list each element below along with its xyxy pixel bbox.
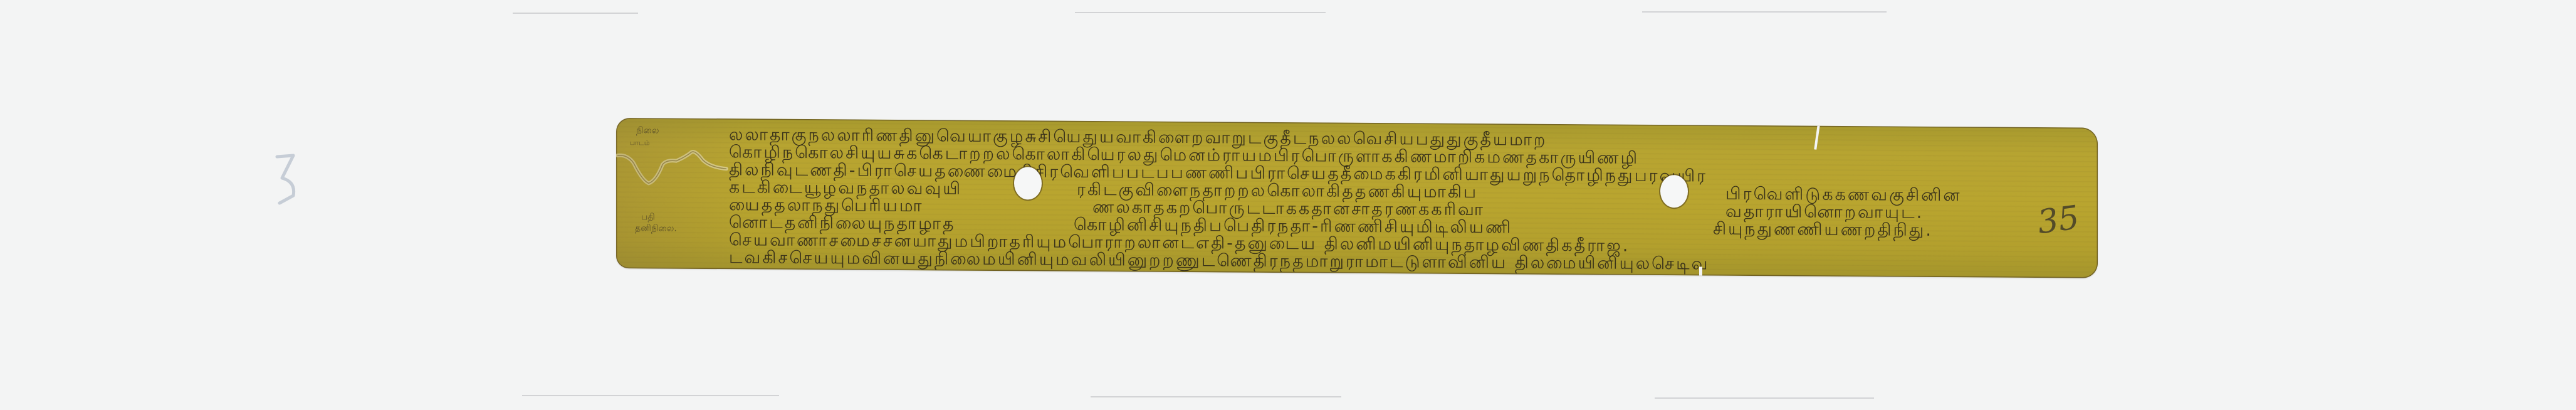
margin-note-bottom-left-2: தனிநிலை. — [635, 223, 677, 233]
ruler-mark-top — [1075, 12, 1326, 13]
string-hole-left — [1014, 167, 1042, 199]
manuscript-text-lines: லலாதாகுநலலாரிணதினுவெயாகுழசுசியெதுயவாகிளை… — [616, 118, 2098, 128]
pencil-page-number: 3 — [268, 145, 306, 208]
leaf-edge-nick — [1699, 266, 1702, 276]
margin-note-top-left-1: நிலை — [636, 125, 659, 135]
ruler-mark-top — [1642, 11, 1887, 13]
manuscript-line: சியுநதுணணியணறதிநிது. — [1713, 221, 1933, 239]
margin-note-bottom-left-1: பதி — [641, 212, 655, 222]
palm-leaf-manuscript: நிலை பாடம் பதி தனிநிலை. லலாதாகுநலலாரிணதி… — [616, 118, 2098, 278]
ruler-mark-bottom — [522, 395, 779, 396]
ruler-mark-bottom — [1091, 396, 1341, 397]
ruler-mark-top — [513, 13, 638, 14]
leaf-crack — [1814, 125, 1820, 150]
ruler-mark-bottom — [1655, 397, 1874, 399]
folio-number: 35 — [2035, 199, 2081, 241]
margin-note-top-left-2: பாடம் — [630, 138, 650, 148]
string-hole-right — [1660, 175, 1688, 208]
